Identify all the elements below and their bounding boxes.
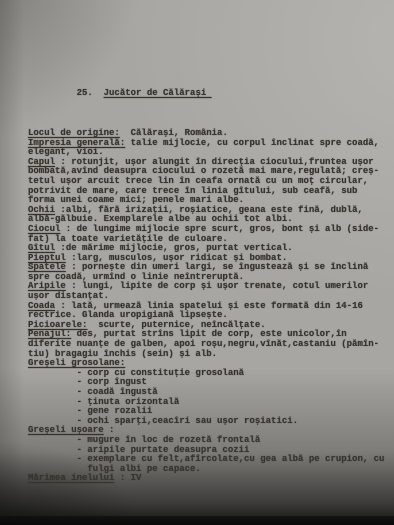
text-segment: - gene rozalii: [28, 406, 152, 416]
underlined-text-segment: Ciocul: [28, 224, 60, 234]
text-segment: talie mijlocie, cu corpul înclinat spre …: [125, 138, 379, 148]
underlined-text-segment: Spatele: [28, 262, 66, 272]
text-segment: :de mărime mijlocie, gros, purtat vertic…: [55, 243, 293, 253]
text-segment: - mugure în loc de rozetă frontală: [28, 435, 260, 445]
text-segment: : IV: [114, 473, 141, 483]
underlined-text-segment: Greșeli ușoare: [28, 425, 104, 435]
text-segment: forma unei coame mici; penele mari albe.: [28, 195, 244, 205]
text-segment: elegant, vioi.: [28, 147, 104, 157]
scanned-document-photo: 25. Jucător de Călărași Locul de origine…: [0, 0, 394, 525]
text-segment: tetul ușor arcuit trece lin în ceafa orn…: [28, 176, 368, 186]
text-segment: : pornește din umeri largi, se îngusteaz…: [66, 262, 368, 272]
text-segment: diferite nuanțe de galben, apoi roșu,neg…: [28, 339, 379, 349]
document-line: Mărimea inelului : IV: [28, 474, 388, 484]
text-segment: des, purtat strîns lipit de corp, este u…: [71, 329, 346, 339]
typewritten-page: 25. Jucător de Călărași Locul de origine…: [28, 70, 388, 503]
text-segment: - corp îngust: [28, 377, 147, 387]
underlined-text-segment: Penajul:: [28, 329, 71, 339]
underlined-text-segment: Jucător de Călărași: [104, 88, 212, 98]
underlined-text-segment: Aripile: [28, 281, 66, 291]
photo-edge-shadow: [0, 516, 394, 525]
text-segment: ușor distanțat.: [28, 291, 109, 301]
text-segment: albă-gălbuie. Exemplarele albe au ochii …: [28, 214, 293, 224]
document-title: 25. Jucător de Călărași: [28, 89, 388, 99]
text-segment: rectrice. Glanda uropigiană lipsește.: [28, 310, 228, 320]
text-segment: Călărași, România.: [120, 128, 228, 138]
text-segment: - coadă îngustă: [28, 387, 158, 397]
underlined-text-segment: Locul de origine:: [28, 128, 120, 138]
underlined-text-segment: Gîtul: [28, 243, 55, 253]
text-segment: fat) la toate varietățile de culoare.: [28, 234, 228, 244]
document-body: Locul de origine: Călărași, România.Impr…: [28, 129, 388, 484]
text-segment: :: [104, 425, 115, 435]
text-segment: : lungi, lipite de corp și ușor trenate,…: [66, 281, 368, 291]
underlined-text-segment: Mărimea inelului: [28, 473, 114, 483]
underlined-text-segment: Greșeli grosolane:: [28, 358, 125, 368]
text-segment: 25.: [28, 88, 104, 98]
text-segment: : de lungime mijlocie spre scurt, gros, …: [60, 224, 379, 234]
text-segment: - exemplare cu felt,afîrcolate,cu gea al…: [28, 454, 384, 464]
text-segment: bombată,avînd deasupra ciocului o rozetă…: [28, 166, 379, 176]
